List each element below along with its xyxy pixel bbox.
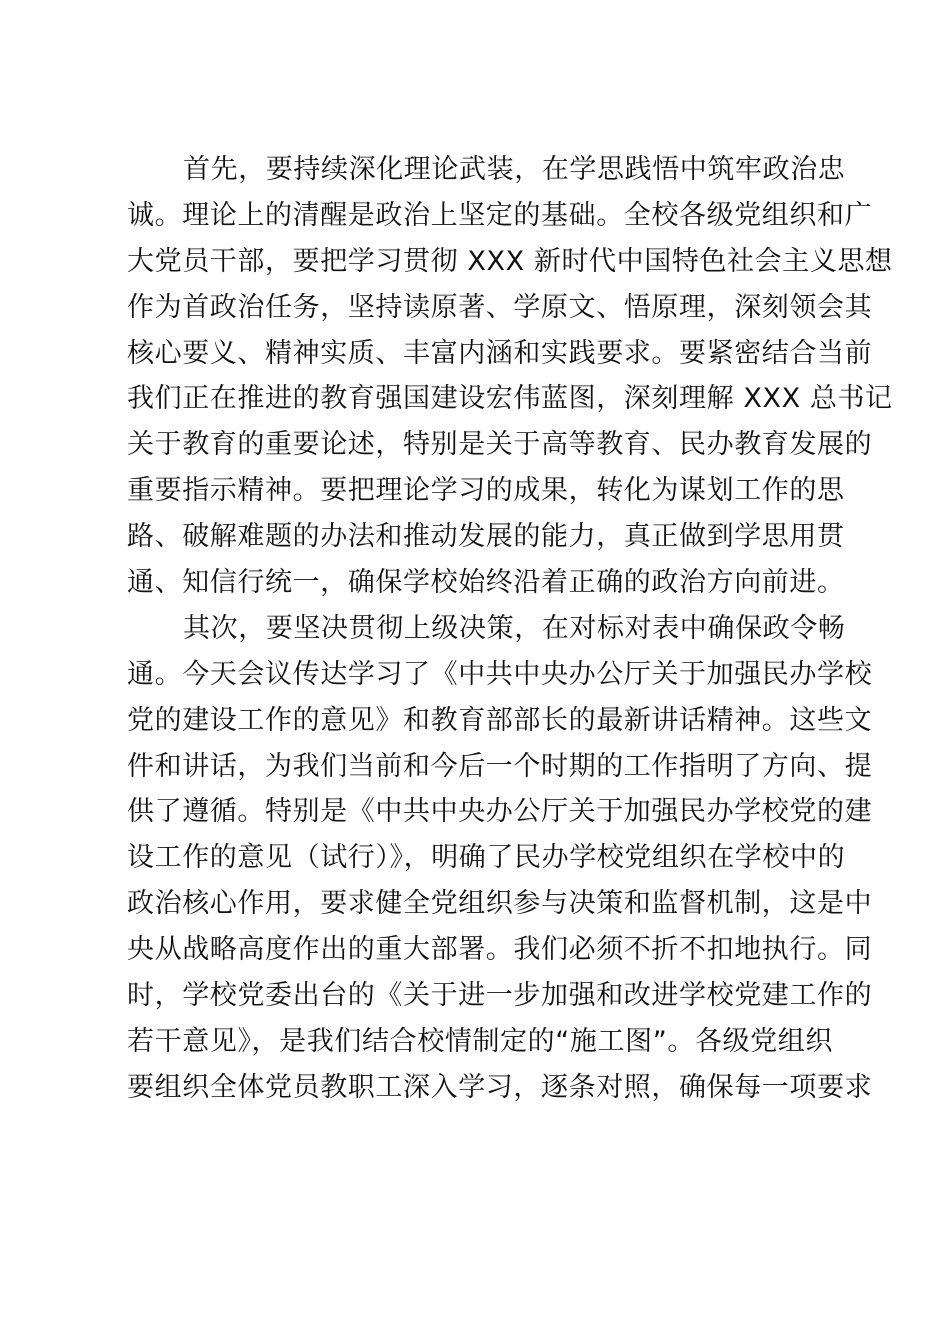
text-line: 政治核心作用，要求健全党组织参与决策和监督机制，这是中 bbox=[127, 881, 833, 927]
text-line: 我们正在推进的教育强国建设宏伟蓝图，深刻理解 XXX 总书记 bbox=[127, 376, 833, 422]
text-line: 诚。理论上的清醒是政治上坚定的基础。全校各级党组织和广 bbox=[127, 193, 833, 239]
text-line: 作为首政治任务，坚持读原著、学原文、悟原理，深刻领会其 bbox=[127, 285, 833, 331]
paragraph-implement-decisions: 其次，要坚决贯彻上级决策，在对标对表中确保政令畅 通。今天会议传达学习了《中共中… bbox=[127, 606, 833, 1111]
text-line: 核心要义、精神实质、丰富内涵和实践要求。要紧密结合当前 bbox=[127, 331, 833, 377]
document-page: 首先，要持续深化理论武装，在学思践悟中筑牢政治忠 诚。理论上的清醒是政治上坚定的… bbox=[127, 147, 833, 1111]
text-line: 供了遵循。特别是《中共中央办公厅关于加强民办学校党的建 bbox=[127, 789, 833, 835]
text-line: 通。今天会议传达学习了《中共中央办公厅关于加强民办学校 bbox=[127, 652, 833, 698]
text-line: 关于教育的重要论述，特别是关于高等教育、民办教育发展的 bbox=[127, 422, 833, 468]
text-line: 其次，要坚决贯彻上级决策，在对标对表中确保政令畅 bbox=[127, 606, 833, 652]
text-line: 重要指示精神。要把理论学习的成果，转化为谋划工作的思 bbox=[127, 468, 833, 514]
text-line: 若干意见》，是我们结合校情制定的“施工图”。各级党组织 bbox=[127, 1019, 833, 1065]
text-line: 件和讲话，为我们当前和今后一个时期的工作指明了方向、提 bbox=[127, 744, 833, 790]
text-line: 路、破解难题的办法和推动发展的能力，真正做到学思用贯 bbox=[127, 514, 833, 560]
text-line: 要组织全体党员教职工深入学习，逐条对照，确保每一项要求 bbox=[127, 1065, 833, 1111]
text-line: 时，学校党委出台的《关于进一步加强和改进学校党建工作的 bbox=[127, 973, 833, 1019]
text-line: 首先，要持续深化理论武装，在学思践悟中筑牢政治忠 bbox=[127, 147, 833, 193]
text-line: 央从战略高度作出的重大部署。我们必须不折不扣地执行。同 bbox=[127, 927, 833, 973]
text-line: 设工作的意见（试行）》，明确了民办学校党组织在学校中的 bbox=[127, 835, 833, 881]
text-line: 通、知信行统一，确保学校始终沿着正确的政治方向前进。 bbox=[127, 560, 833, 606]
text-line: 党的建设工作的意见》和教育部部长的最新讲话精神。这些文 bbox=[127, 698, 833, 744]
text-line: 大党员干部，要把学习贯彻 XXX 新时代中国特色社会主义思想 bbox=[127, 239, 833, 285]
paragraph-theory-study: 首先，要持续深化理论武装，在学思践悟中筑牢政治忠 诚。理论上的清醒是政治上坚定的… bbox=[127, 147, 833, 606]
